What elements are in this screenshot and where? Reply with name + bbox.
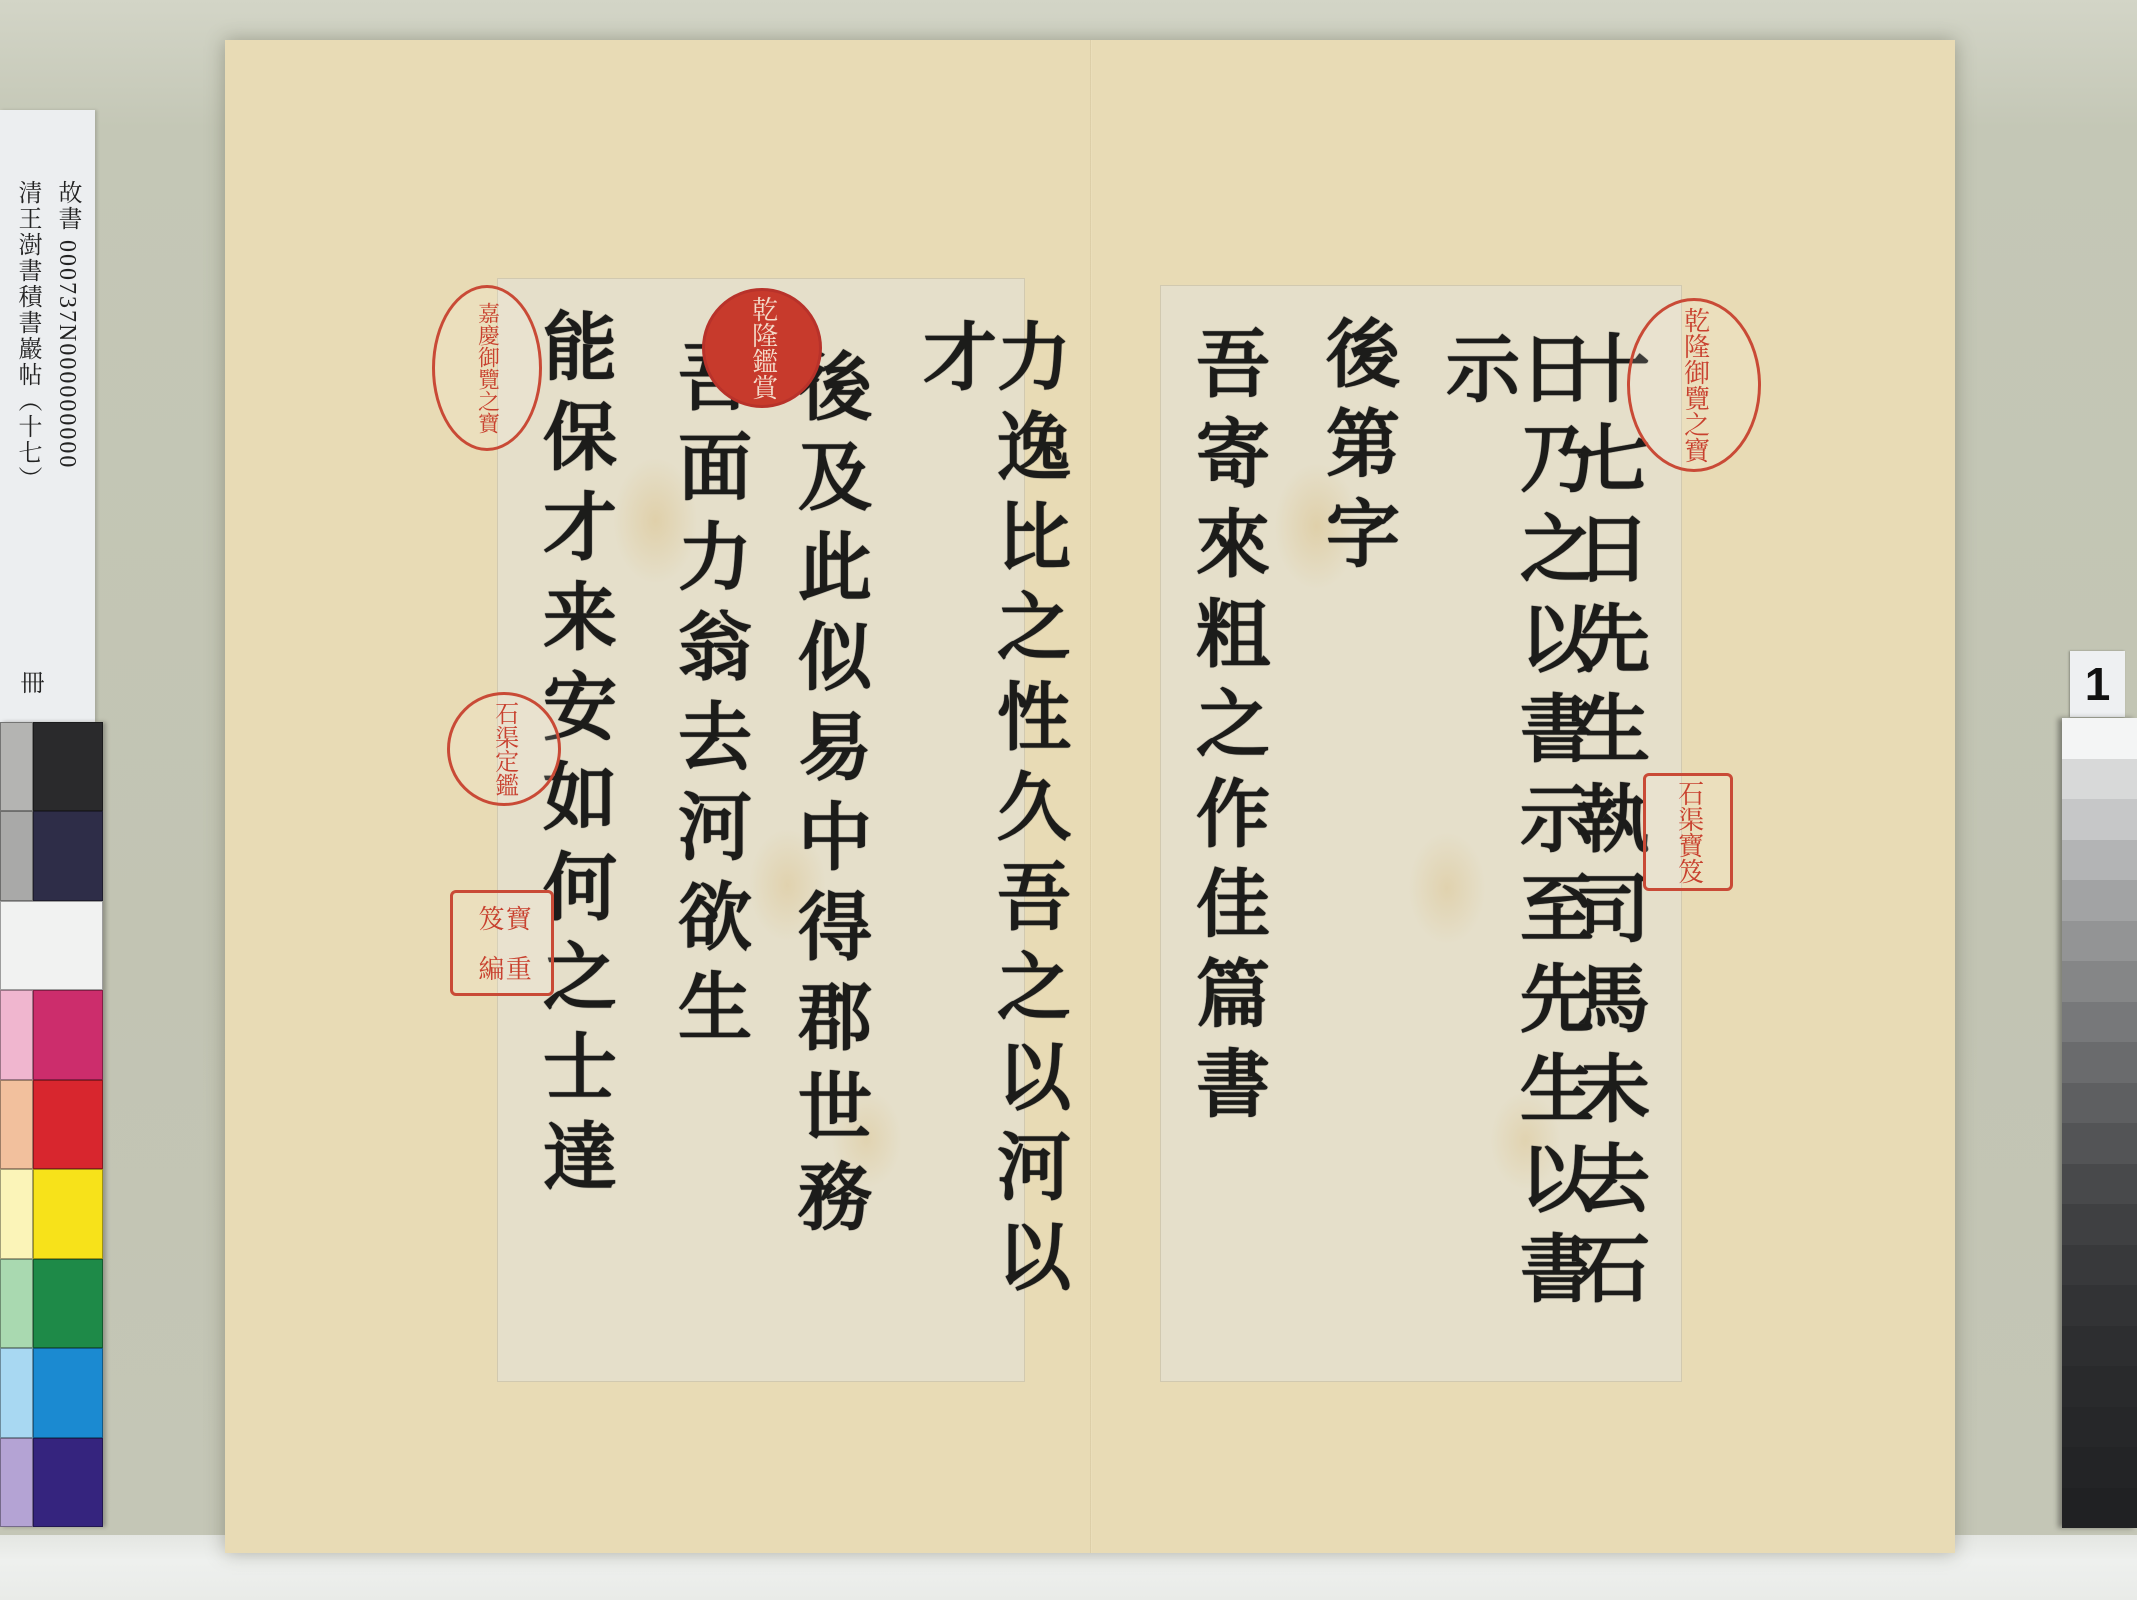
gray-step [2062, 1488, 2137, 1529]
album-fold [1090, 40, 1092, 1553]
catalog-volume: 冊 [12, 670, 47, 694]
color-chip-row [0, 1438, 103, 1527]
seal-qianlong-yulan-oval: 乾隆 御覽 之寶 [1627, 298, 1761, 472]
color-chip [0, 1348, 33, 1437]
color-chip-row [0, 811, 103, 900]
color-chip [33, 811, 103, 900]
gray-step [2062, 1123, 2137, 1164]
color-chip [0, 811, 33, 900]
seal-text: 重編 [475, 943, 530, 993]
seal-text: 石渠 [491, 701, 516, 749]
seal-text: 嘉慶 [475, 302, 498, 346]
gray-step [2062, 880, 2137, 921]
gray-step [2062, 718, 2137, 759]
color-chip [33, 1169, 103, 1258]
catalog-number: 故書 000737N000000000 [50, 180, 85, 469]
color-chip [33, 1080, 103, 1169]
seal-text: 之寶 [1680, 411, 1707, 463]
gray-step [2062, 921, 2137, 962]
color-chip-row [0, 722, 103, 811]
seal-baoji-chongbian-square: 寶笈 重編 [450, 890, 554, 996]
page-number-tag: 1 [2070, 651, 2125, 717]
gray-step [2062, 799, 2137, 840]
left-calligraphy-panel: 力逸比之性久吾之以河以才 後及此似易中得郡世務 吾面力翁去河欲生 能保才来安如何… [497, 278, 1025, 1382]
color-chip [0, 722, 33, 811]
seal-text: 寶笈 [1674, 832, 1701, 884]
gray-step [2062, 961, 2137, 1002]
color-chip [33, 1438, 103, 1527]
calligraphy-column: 後第字 [1320, 315, 1394, 585]
gray-step [2062, 759, 2137, 800]
gray-step [2062, 1042, 2137, 1083]
color-chip [33, 1259, 103, 1348]
seal-text: 定鑑 [491, 749, 516, 797]
gray-step [2062, 1285, 2137, 1326]
seal-text: 寶笈 [475, 893, 530, 943]
calligraphy-column: 後及此似易中得郡世務 [792, 348, 866, 1248]
seal-text: 乾隆 [748, 296, 775, 348]
color-chip-row [0, 1080, 103, 1169]
gray-step [2062, 1245, 2137, 1286]
color-chip [0, 1438, 33, 1527]
color-chip [33, 990, 103, 1079]
gray-step [2062, 1326, 2137, 1367]
calligraphy-column: 吾面力翁去河欲生 [672, 338, 746, 1058]
color-chip-row [0, 990, 103, 1079]
gray-step [2062, 1366, 2137, 1407]
color-chip [0, 1259, 33, 1348]
color-chip [0, 1169, 33, 1258]
seal-shiqu-dingjian-round: 石渠 定鑑 [447, 692, 561, 806]
gray-step [2062, 1447, 2137, 1488]
color-chip [0, 1080, 33, 1169]
color-chip-row [0, 1169, 103, 1258]
seal-text: 御覽 [1680, 359, 1707, 411]
calligraphy-column: 力逸比之性久吾之以河以才 [917, 318, 1065, 1382]
seal-qianlong-jianshang-round: 乾隆 鑑賞 [702, 288, 822, 408]
seal-shiqu-baoji-square: 石渠 寶笈 [1643, 773, 1733, 891]
color-chip [0, 990, 33, 1079]
gray-step [2062, 1164, 2137, 1205]
color-calibration-chart [0, 722, 103, 1527]
seal-text: 乾隆 [1680, 307, 1707, 359]
gray-step [2062, 840, 2137, 881]
color-chip [0, 901, 103, 990]
seal-text: 鑑賞 [748, 348, 775, 400]
seal-jiaqing-yulan-oval: 嘉慶 御覽 之寶 [432, 285, 542, 451]
gray-step [2062, 1002, 2137, 1043]
seal-text: 之寶 [475, 390, 498, 434]
gray-step [2062, 1083, 2137, 1124]
gray-step [2062, 1407, 2137, 1448]
calligraphy-column: 日乃之以書示至先生以書示 [1440, 330, 1588, 1382]
gray-scale-strip [2062, 718, 2137, 1528]
calligraphy-column: 吾寄來粗之作佳篇書 [1190, 325, 1264, 1135]
right-calligraphy-panel: 十七日先生執司馬未去石 日乃之以書示至先生以書示 後第字 吾寄來粗之作佳篇書 [1160, 285, 1682, 1382]
seal-text: 御覽 [475, 346, 498, 390]
color-chip [33, 1348, 103, 1437]
catalog-label: 故書 000737N000000000 清王澍書積書巖帖（十七） 冊 [0, 110, 95, 722]
catalog-title: 清王澍書積書巖帖（十七） [10, 180, 45, 492]
gray-step [2062, 1204, 2137, 1245]
color-chip [33, 722, 103, 811]
album-spread: 力逸比之性久吾之以河以才 後及此似易中得郡世務 吾面力翁去河欲生 能保才来安如何… [225, 40, 1955, 1553]
seal-text: 石渠 [1674, 780, 1701, 832]
color-chip-row [0, 1259, 103, 1348]
color-chip-row [0, 1348, 103, 1437]
color-chip-row [0, 901, 103, 990]
